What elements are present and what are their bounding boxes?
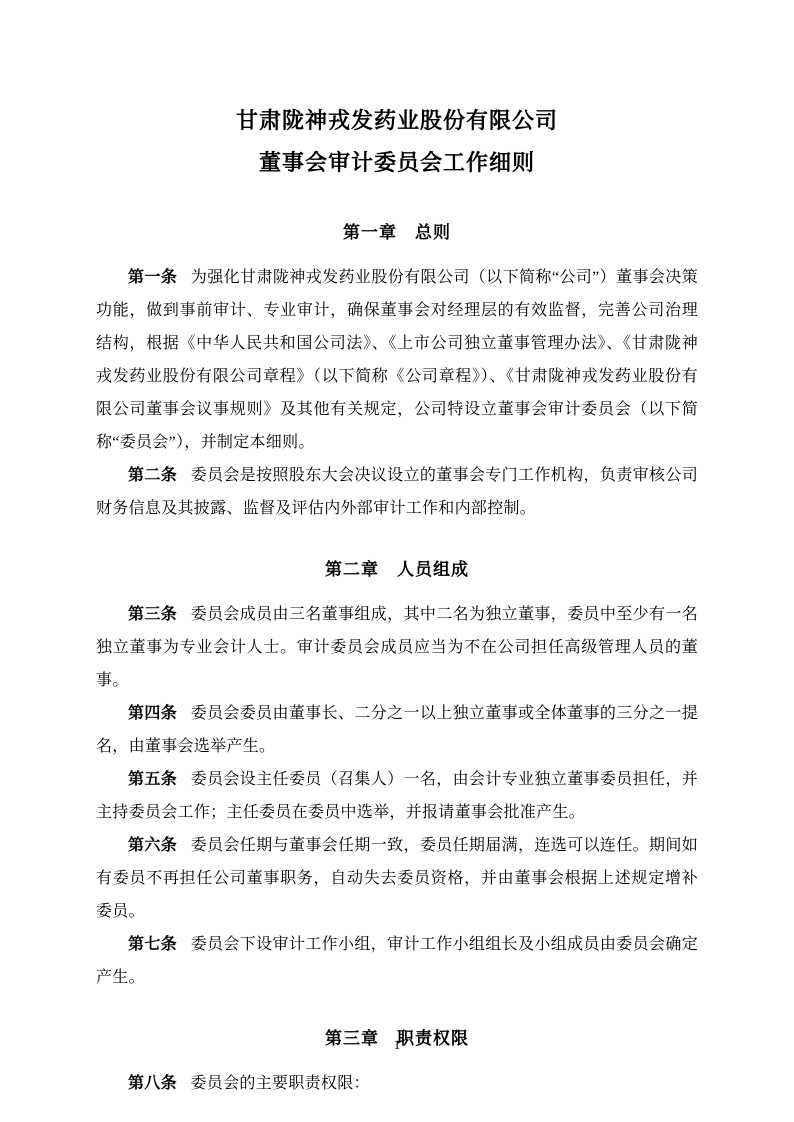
article-5: 第五条委员会设主任委员（召集人）一名，由会计专业独立董事委员担任，并主持委员会工… bbox=[96, 763, 698, 829]
chapter-1-heading: 第一章 总则 bbox=[96, 216, 698, 249]
article-4-label: 第四条 bbox=[128, 705, 177, 722]
article-4-text: 委员会委员由董事长、二分之一以上独立董事或全体董事的三分之一提名，由董事会选举产… bbox=[96, 705, 698, 755]
article-8: 第八条委员会的主要职责权限： bbox=[96, 1067, 698, 1100]
article-1-text: 为强化甘肃陇神戎发药业股份有限公司（以下简称“公司”）董事会决策功能，做到事前审… bbox=[96, 269, 698, 451]
page-number: 1 bbox=[0, 1036, 794, 1054]
article-3: 第三条委员会成员由三名董事组成，其中二名为独立董事，委员中至少有一名独立董事为专… bbox=[96, 598, 698, 697]
chapter-2-heading: 第二章 人员组成 bbox=[96, 553, 698, 586]
article-7: 第七条委员会下设审计工作小组，审计工作小组组长及小组成员由委员会确定产生。 bbox=[96, 928, 698, 994]
article-8-text: 委员会的主要职责权限： bbox=[191, 1075, 370, 1092]
article-7-text: 委员会下设审计工作小组，审计工作小组组长及小组成员由委员会确定产生。 bbox=[96, 936, 698, 986]
article-7-label: 第七条 bbox=[128, 936, 177, 953]
article-1: 第一条为强化甘肃陇神戎发药业股份有限公司（以下简称“公司”）董事会决策功能，做到… bbox=[96, 261, 698, 459]
article-3-label: 第三条 bbox=[128, 606, 177, 623]
article-2-label: 第二条 bbox=[128, 467, 177, 484]
document-title-line1: 甘肃陇神戎发药业股份有限公司 bbox=[96, 100, 698, 142]
article-5-text: 委员会设主任委员（召集人）一名，由会计专业独立董事委员担任，并主持委员会工作；主… bbox=[96, 771, 698, 821]
article-2: 第二条委员会是按照股东大会决议设立的董事会专门工作机构，负责审核公司财务信息及其… bbox=[96, 459, 698, 525]
article-6-label: 第六条 bbox=[128, 837, 177, 854]
article-8-label: 第八条 bbox=[128, 1075, 177, 1092]
article-6-text: 委员会任期与董事会任期一致，委员任期届满，连选可以连任。期间如有委员不再担任公司… bbox=[96, 837, 698, 920]
article-1-label: 第一条 bbox=[128, 269, 177, 286]
document-page: 甘肃陇神戎发药业股份有限公司 董事会审计委员会工作细则 第一章 总则 第一条为强… bbox=[0, 0, 794, 1122]
article-5-label: 第五条 bbox=[128, 771, 177, 788]
article-4: 第四条委员会委员由董事长、二分之一以上独立董事或全体董事的三分之一提名，由董事会… bbox=[96, 697, 698, 763]
article-6: 第六条委员会任期与董事会任期一致，委员任期届满，连选可以连任。期间如有委员不再担… bbox=[96, 829, 698, 928]
document-title-line2: 董事会审计委员会工作细则 bbox=[96, 142, 698, 184]
article-2-text: 委员会是按照股东大会决议设立的董事会专门工作机构，负责审核公司财务信息及其披露、… bbox=[96, 467, 698, 517]
article-3-text: 委员会成员由三名董事组成，其中二名为独立董事，委员中至少有一名独立董事为专业会计… bbox=[96, 606, 698, 689]
